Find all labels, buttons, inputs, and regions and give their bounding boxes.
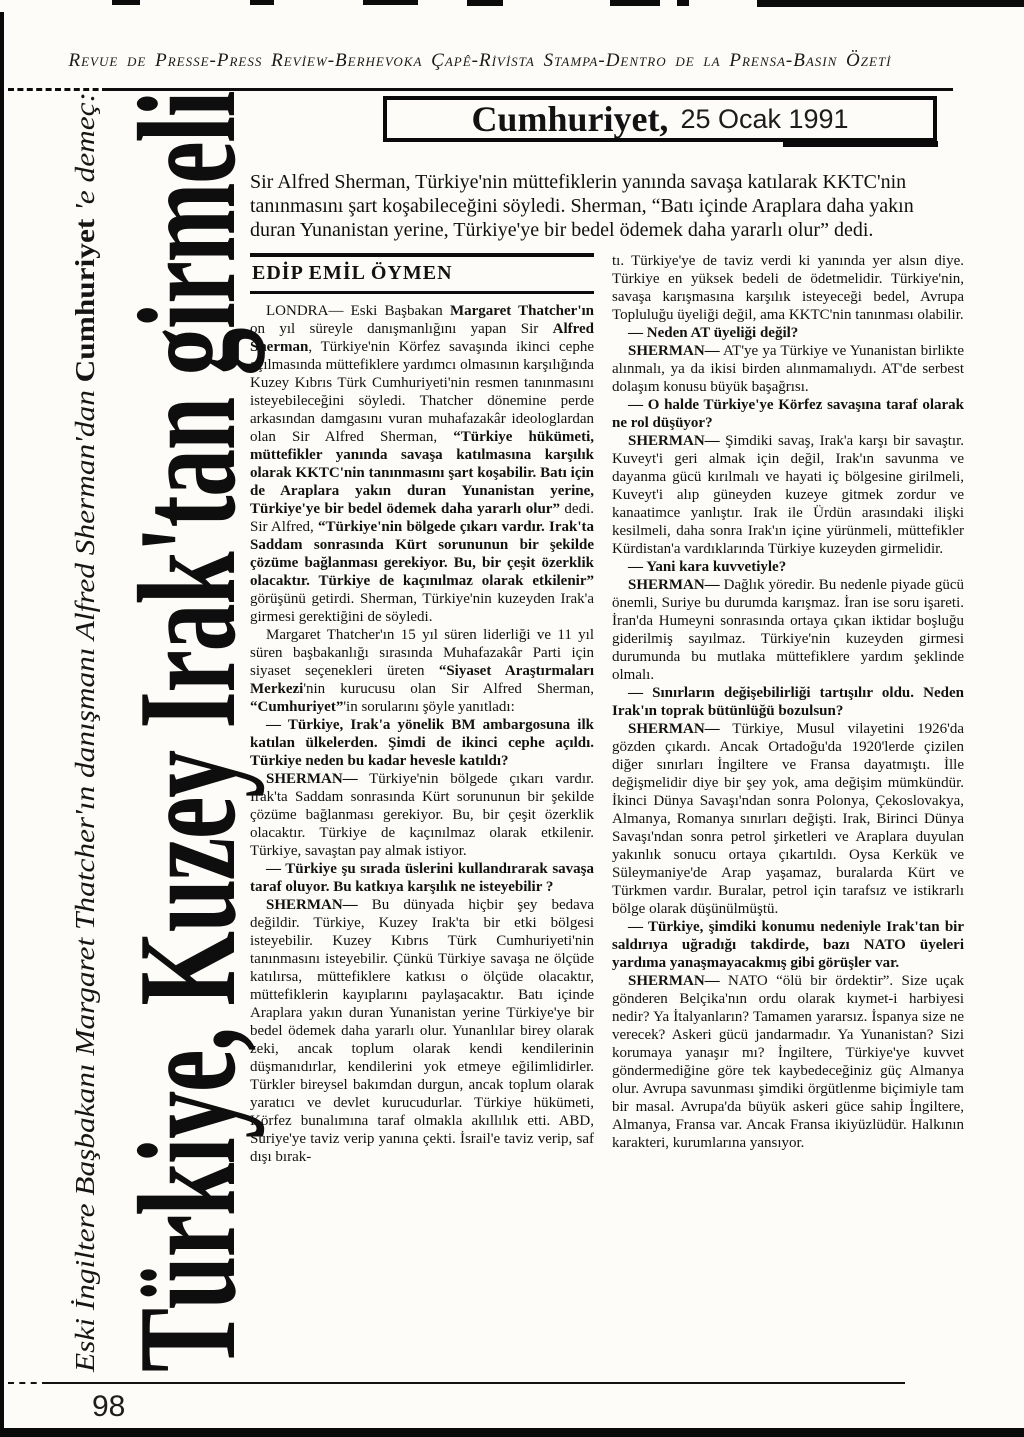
press-review-header: Revue de Presse-Press Review-Berhevoka Ç… bbox=[40, 50, 920, 72]
body-paragraph: — Türkiye, şimdiki konumu nedeniyle Irak… bbox=[612, 918, 964, 972]
scan-artifact bbox=[112, 0, 140, 5]
body-paragraph: — Türkiye şu sırada üslerini kullandırar… bbox=[250, 860, 594, 896]
scan-artifact bbox=[363, 0, 418, 5]
masthead-box: Cumhuriyet, 25 Ocak 1991 bbox=[383, 96, 937, 142]
body-paragraph: Margaret Thatcher'ın 15 yıl süren liderl… bbox=[250, 626, 594, 716]
scan-artifact bbox=[250, 0, 274, 5]
vertical-headline-text: Türkiye, Kuzey Irak'tan girmeli bbox=[110, 92, 265, 1372]
page-border-bottom bbox=[0, 1428, 1024, 1437]
issue-date: 25 Ocak 1991 bbox=[680, 106, 848, 133]
body-paragraph: — Yani kara kuvvetiyle? bbox=[612, 558, 964, 576]
article-column-right: tı. Türkiye'ye de taviz verdi ki yanında… bbox=[612, 252, 964, 1152]
body-paragraph: — Türkiye, Irak'a yönelik BM ambargosuna… bbox=[250, 716, 594, 770]
body-paragraph: SHERMAN— Bu dünyada hiçbir şey bedava de… bbox=[250, 896, 594, 1166]
body-paragraph: SHERMAN— Türkiye'nin bölgede çıkarı vard… bbox=[250, 770, 594, 860]
body-paragraph: SHERMAN— AT'ye ya Türkiye ve Yunanistan … bbox=[612, 342, 964, 396]
article-column-left: LONDRA— Eski Başbakan Margaret Thatcher'… bbox=[250, 302, 594, 1166]
body-paragraph: SHERMAN— Dağlık yöredir. Bu nedenle piya… bbox=[612, 576, 964, 684]
scan-artifact bbox=[467, 0, 503, 6]
scanned-press-review-page: Revue de Presse-Press Review-Berhevoka Ç… bbox=[0, 0, 1024, 1437]
footer-rule bbox=[48, 1382, 905, 1384]
body-paragraph: SHERMAN— Şimdiki savaş, Irak'a karşı bir… bbox=[612, 432, 964, 558]
intro-summary: Sir Alfred Sherman, Türkiye'nin müttefik… bbox=[250, 170, 942, 242]
newspaper-name: Cumhuriyet, bbox=[471, 101, 668, 137]
body-paragraph: SHERMAN— NATO “ölü bir ördektir”. Size u… bbox=[612, 972, 964, 1152]
page-number: 98 bbox=[92, 1390, 125, 1424]
body-paragraph: LONDRA— Eski Başbakan Margaret Thatcher'… bbox=[250, 302, 594, 626]
scan-artifact bbox=[677, 0, 689, 6]
article-byline: EDİP EMİL ÖYMEN bbox=[250, 253, 594, 294]
body-paragraph: SHERMAN— Türkiye, Musul vilayetini 1926'… bbox=[612, 720, 964, 918]
body-paragraph: — Sınırların değişebilirliği tartışılır … bbox=[612, 684, 964, 720]
footer-rule-dashed bbox=[8, 1382, 48, 1384]
scan-artifact bbox=[610, 0, 660, 6]
body-paragraph: tı. Türkiye'ye de taviz verdi ki yanında… bbox=[612, 252, 964, 324]
masthead-underline-artifact bbox=[783, 141, 938, 147]
body-paragraph: — O halde Türkiye'ye Körfez savaşına tar… bbox=[612, 396, 964, 432]
page-border-left bbox=[0, 12, 4, 1437]
scan-artifact bbox=[757, 0, 1024, 7]
body-paragraph: — Neden AT üyeliği değil? bbox=[612, 324, 964, 342]
